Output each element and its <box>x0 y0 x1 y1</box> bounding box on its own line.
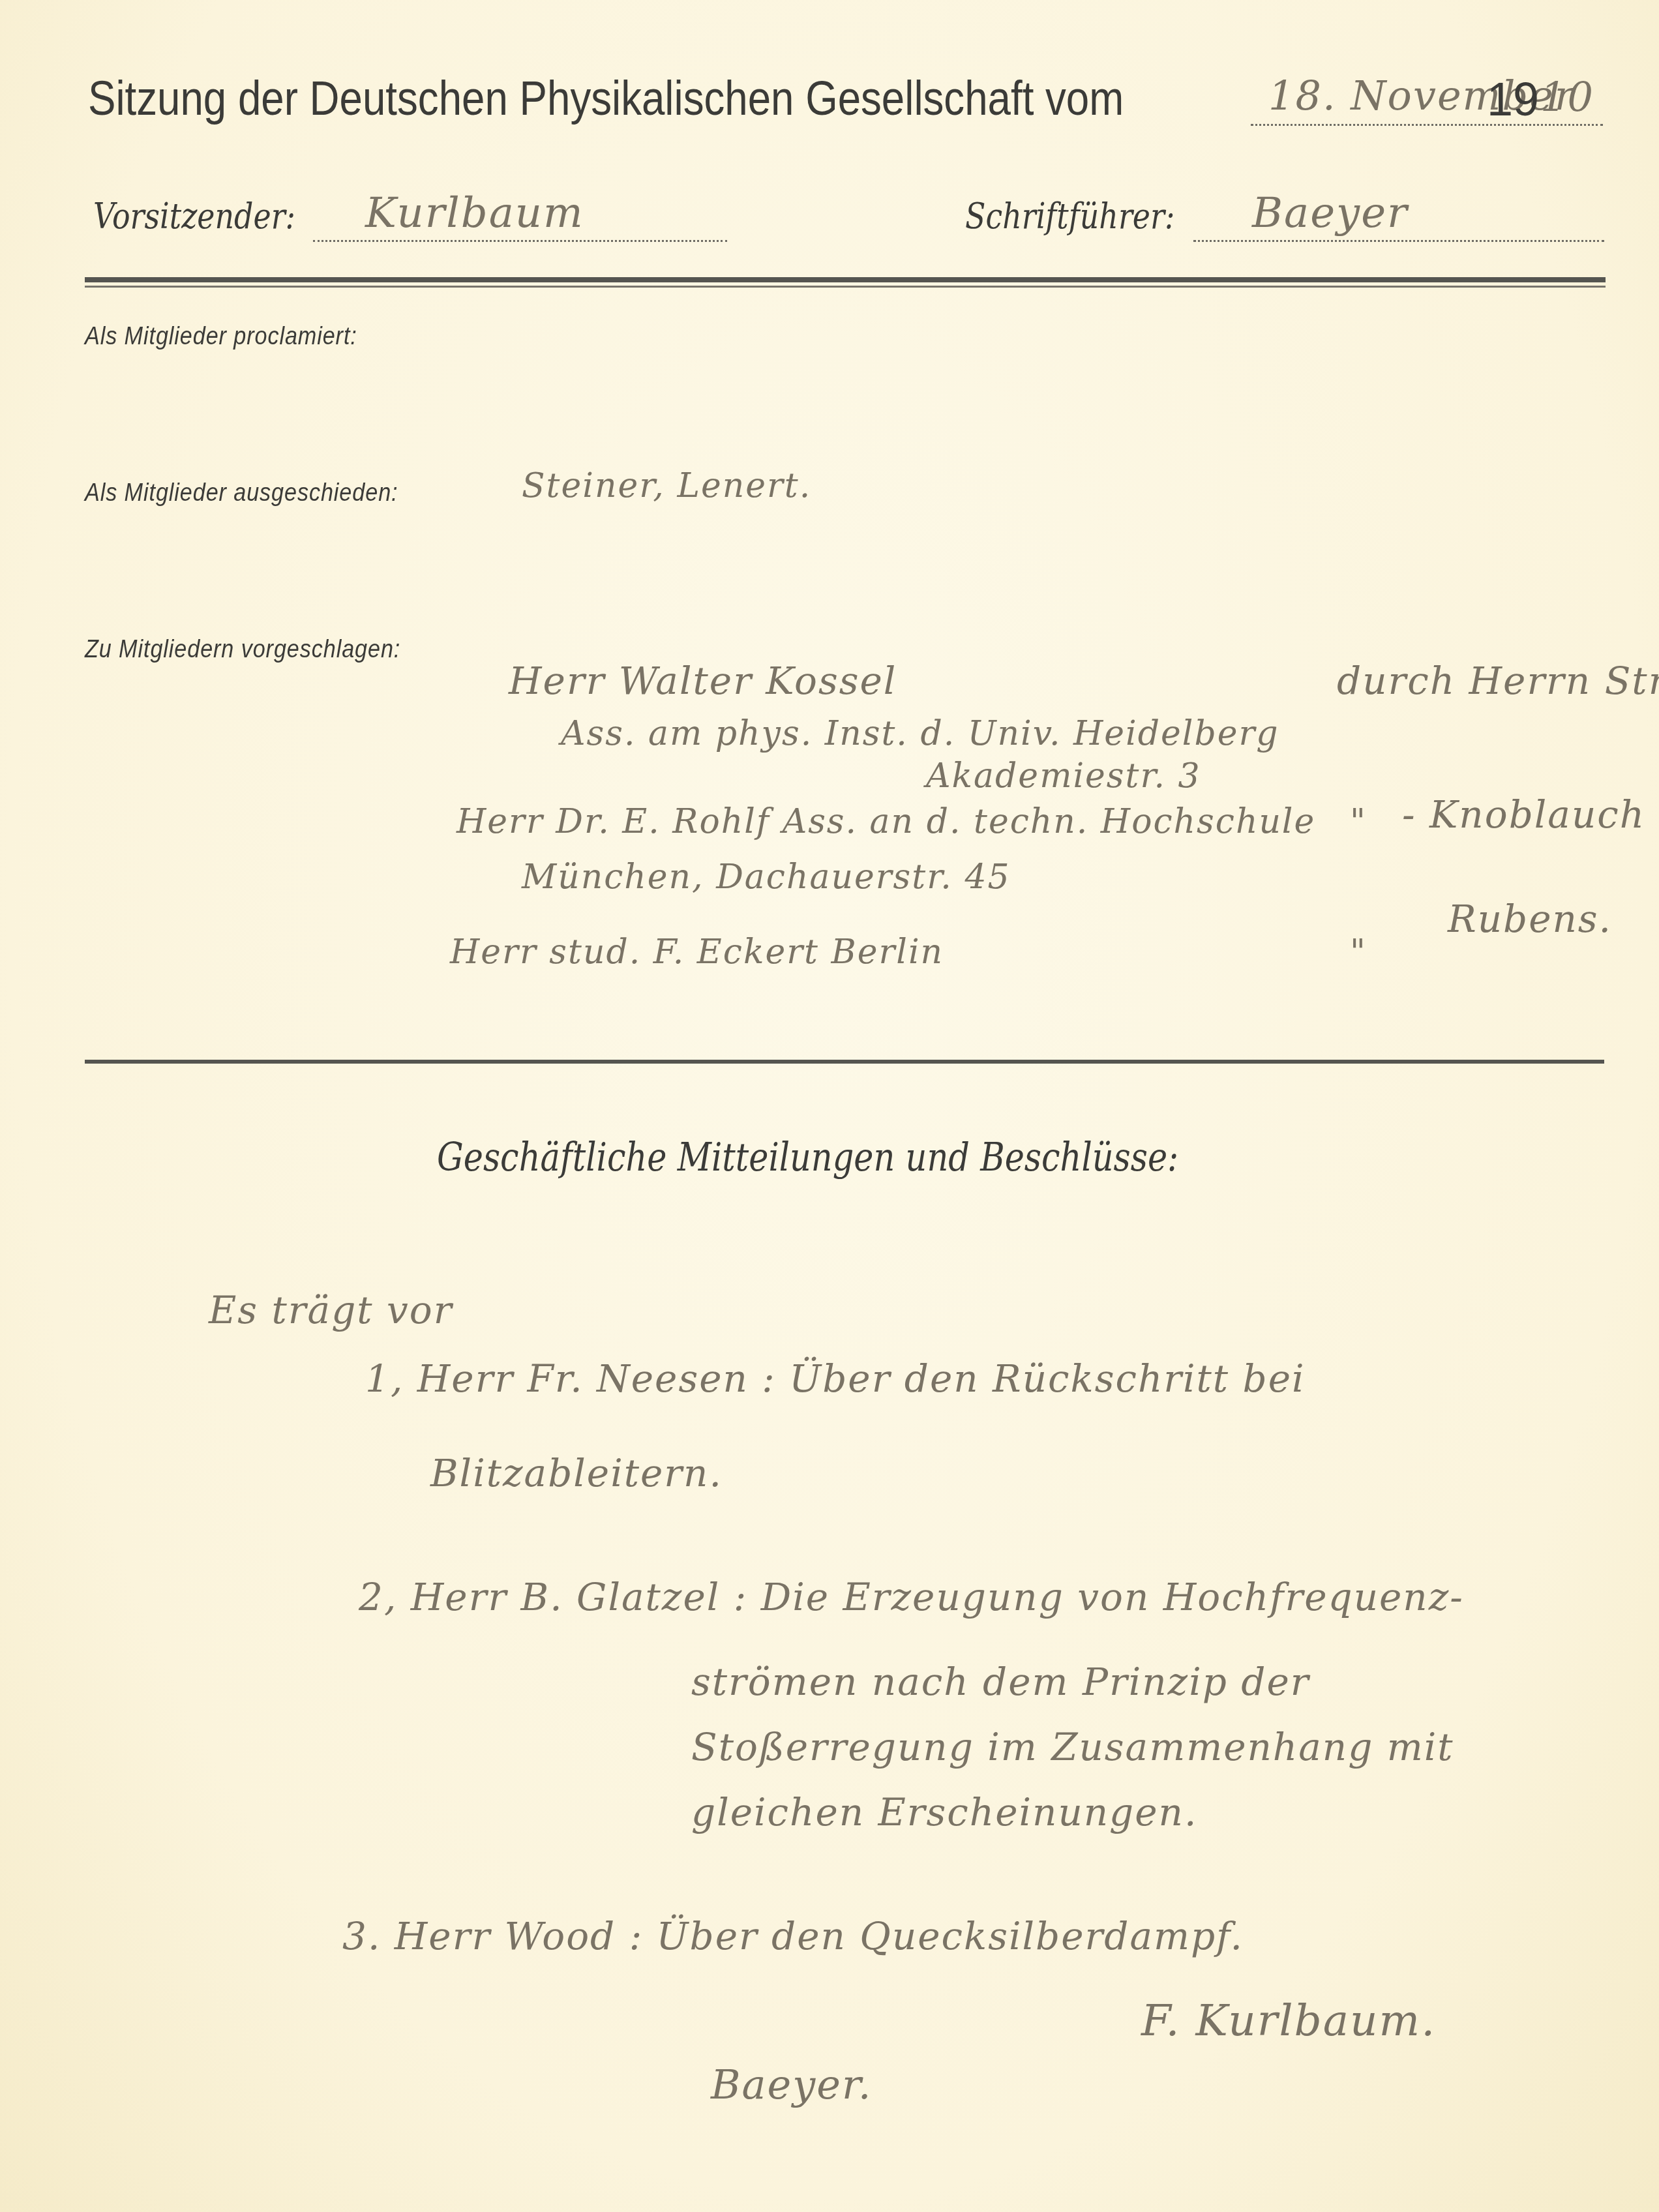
year-handwritten: 10 <box>1540 73 1594 121</box>
proposed-2-ditto: " <box>1350 802 1367 841</box>
secretary-label: Schriftführer: <box>965 196 1174 237</box>
agenda-item-2-line2: strömen nach dem Prinzip der <box>691 1660 1309 1704</box>
proposed-1-sponsor: durch Herrn Strecker <box>1337 659 1659 703</box>
page-title: Sitzung der Deutschen Physikalischen Ges… <box>88 70 1124 126</box>
section-rule <box>85 1060 1604 1064</box>
proposed-2-name: Herr Dr. E. Rohlf Ass. an d. techn. Hoch… <box>456 802 1315 841</box>
chair-label: Vorsitzender: <box>93 196 295 237</box>
proposed-1-affiliation: Ass. am phys. Inst. d. Univ. Heidelberg <box>561 714 1279 753</box>
agenda-item-1-line2: Blitzableitern. <box>430 1451 723 1495</box>
proposed-label: Zu Mitgliedern vorgeschlagen: <box>85 636 400 664</box>
business-heading: Geschäftliche Mitteilungen und Beschlüss… <box>437 1135 1178 1180</box>
agenda-item-3-line1: 3. Herr Wood : Über den Quecksilberdampf… <box>342 1914 1244 1958</box>
agenda-item-2-line4: gleichen Erscheinungen. <box>691 1790 1197 1834</box>
secretary-value: Baeyer <box>1252 189 1409 237</box>
agenda-item-2-line3: Stoßerregung im Zusammenhang mit <box>691 1725 1454 1769</box>
date-field-line <box>1251 124 1603 126</box>
secretary-field-line <box>1193 240 1604 242</box>
proposed-3-name: Herr stud. F. Eckert Berlin <box>450 933 944 972</box>
proclaimed-label: Als Mitglieder proclamiert: <box>85 323 357 351</box>
resigned-label: Als Mitglieder ausgeschieden: <box>85 479 398 507</box>
business-intro: Es trägt vor <box>209 1288 453 1332</box>
resigned-value: Steiner, Lenert. <box>522 466 811 505</box>
proposed-3-sponsor: Rubens. <box>1448 897 1612 941</box>
agenda-item-2-line1: 2, Herr B. Glatzel : Die Erzeugung von H… <box>359 1575 1464 1619</box>
proposed-2-address: München, Dachauerstr. 45 <box>522 858 1011 897</box>
year-printed: 19 <box>1487 73 1539 127</box>
proposed-1-name: Herr Walter Kossel <box>509 659 897 703</box>
header-rule-thick <box>85 277 1606 282</box>
chair-field-line <box>313 240 727 242</box>
proposed-1-address: Akademiestr. 3 <box>926 756 1201 796</box>
agenda-item-1-line1: 1, Herr Fr. Neesen : Über den Rückschrit… <box>365 1356 1306 1401</box>
chair-value: Kurlbaum <box>365 189 584 237</box>
signature-chair: F. Kurlbaum. <box>1141 1995 1436 2046</box>
header-rule-thin <box>85 286 1606 288</box>
proposed-3-ditto: " <box>1350 933 1367 972</box>
signature-secretary: Baeyer. <box>711 2061 872 2108</box>
proposed-2-sponsor: - Knoblauch <box>1402 792 1645 837</box>
